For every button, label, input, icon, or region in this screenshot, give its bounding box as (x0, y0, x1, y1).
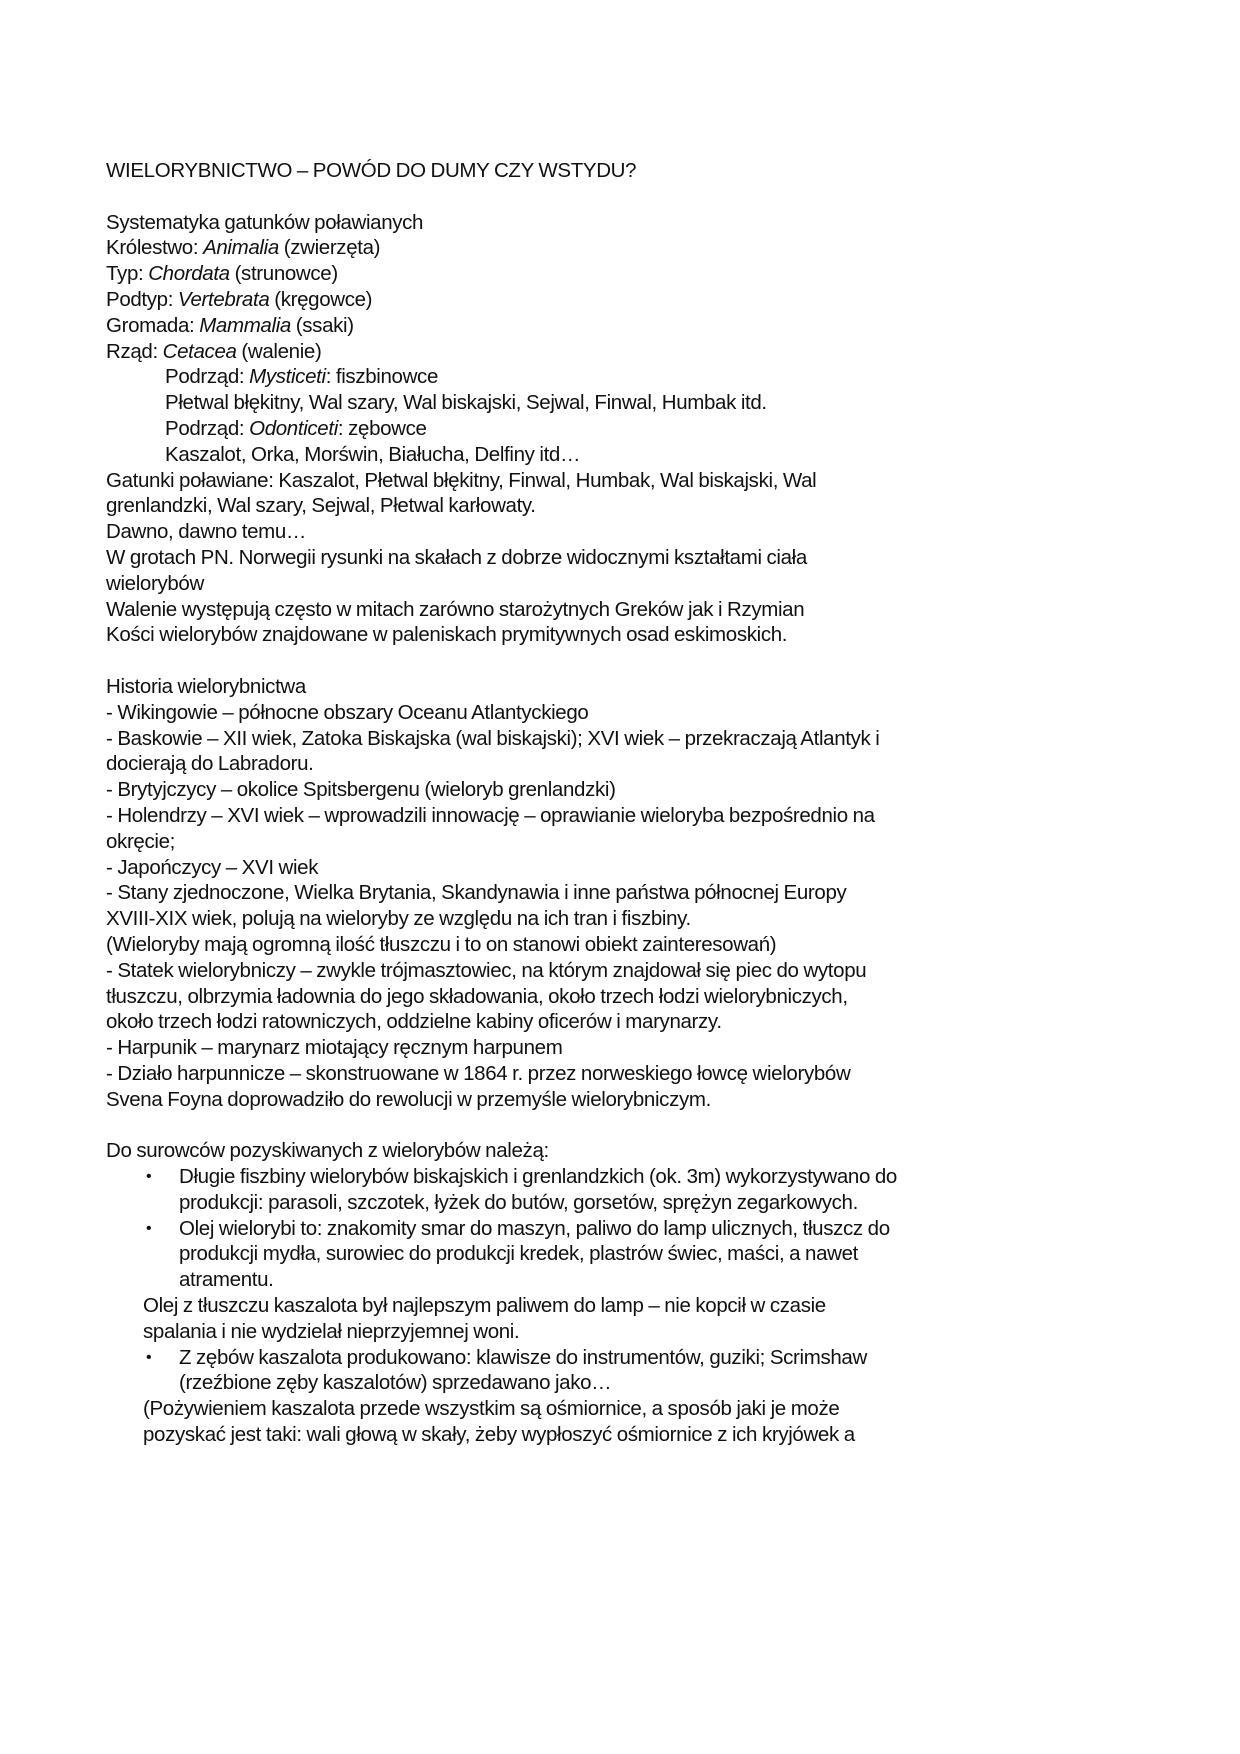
taxonomy-heading: Systematyka gatunków poławianych (106, 210, 1136, 236)
document-page: WIELORYBNICTWO – POWÓD DO DUMY CZY WSTYD… (106, 158, 1136, 1448)
text-line: XVIII-XIX wiek, polują na wieloryby ze w… (106, 906, 1136, 932)
text-line: Gatunki poławiane: Kaszalot, Płetwal błę… (106, 468, 1136, 494)
taxonomy-suborder-odonticeti: Podrząd: Odonticeti: zębowce (106, 416, 1136, 442)
text-line: Dawno, dawno temu… (106, 519, 1136, 545)
latin-name: Animalia (203, 236, 279, 259)
text-line: - Baskowie – XII wiek, Zatoka Biskajska … (106, 726, 1136, 752)
latin-name: Odonticeti (249, 417, 338, 440)
spacer (106, 184, 1136, 210)
history-section: Historia wielorybnictwa - Wikingowie – p… (106, 674, 1136, 1113)
text-line: produkcji: parasoli, szczotek, łyżek do … (179, 1190, 1136, 1216)
text-line: pozyskać jest taki: wali głową w skały, … (143, 1422, 1136, 1448)
common-name: (kręgowce) (269, 288, 372, 311)
text-line: atramentu. (179, 1267, 1136, 1293)
text-line: (Wieloryby mają ogromną ilość tłuszczu i… (106, 932, 1136, 958)
text-line: - Harpunik – marynarz miotający ręcznym … (106, 1035, 1136, 1061)
text-line: W grotach PN. Norwegii rysunki na skałac… (106, 545, 1136, 571)
latin-name: Chordata (148, 262, 230, 285)
latin-name: Mysticeti (249, 365, 326, 388)
text-line: Svena Foyna doprowadziło do rewolucji w … (106, 1087, 1136, 1113)
text-line: (Pożywieniem kaszalota przede wszystkim … (143, 1396, 1136, 1422)
taxonomy-suborder-mysticeti-examples: Płetwal błękitny, Wal szary, Wal biskajs… (106, 390, 1136, 416)
text-line: - Stany zjednoczone, Wielka Brytania, Sk… (106, 880, 1136, 906)
latin-name: Cetacea (163, 340, 237, 363)
resources-heading: Do surowców pozyskiwanych z wielorybów n… (106, 1138, 1136, 1164)
text-line: - Działo harpunnicze – skonstruowane w 1… (106, 1061, 1136, 1087)
taxonomy-kingdom: Królestwo: Animalia (zwierzęta) (106, 235, 1136, 261)
note-paragraph: (Pożywieniem kaszalota przede wszystkim … (106, 1396, 1136, 1448)
document-title: WIELORYBNICTWO – POWÓD DO DUMY CZY WSTYD… (106, 158, 1136, 184)
rank-label: Typ: (106, 262, 148, 285)
text-line: około trzech łodzi ratowniczych, oddziel… (106, 1009, 1136, 1035)
latin-name: Vertebrata (178, 288, 269, 311)
rank-label: Gromada: (106, 314, 199, 337)
list-item: • Z zębów kaszalota produkowano: klawisz… (106, 1345, 1136, 1397)
text-line: - Japończycy – XVI wiek (106, 855, 1136, 881)
common-name: (zwierzęta) (279, 236, 380, 259)
bullet-icon: • (146, 1164, 151, 1190)
bullet-icon: • (146, 1345, 151, 1371)
text-line: - Brytyjczycy – okolice Spitsbergenu (wi… (106, 777, 1136, 803)
taxonomy-phylum: Typ: Chordata (strunowce) (106, 261, 1136, 287)
text-line: spalania i nie wydzielał nieprzyjemnej w… (143, 1319, 1136, 1345)
spacer (106, 648, 1136, 674)
common-name: (walenie) (237, 340, 322, 363)
common-name: : zębowce (338, 417, 427, 440)
list-item: • Długie fiszbiny wielorybów biskajskich… (106, 1164, 1136, 1216)
text-line: produkcji mydła, surowiec do produkcji k… (179, 1241, 1136, 1267)
rank-label: Podrząd: (165, 417, 249, 440)
common-name: (strunowce) (230, 262, 338, 285)
taxonomy-subphylum: Podtyp: Vertebrata (kręgowce) (106, 287, 1136, 313)
list-item: • Olej wielorybi to: znakomity smar do m… (106, 1216, 1136, 1293)
text-line: - Statek wielorybniczy – zwykle trójmasz… (106, 958, 1136, 984)
text-line: Kości wielorybów znajdowane w paleniskac… (106, 622, 1136, 648)
bullet-icon: • (146, 1216, 151, 1242)
common-name: (ssaki) (291, 314, 354, 337)
rank-label: Królestwo: (106, 236, 203, 259)
text-line: (rzeźbione zęby kaszalotów) sprzedawano … (179, 1370, 1136, 1396)
note-paragraph: Olej z tłuszczu kaszalota był najlepszym… (106, 1293, 1136, 1345)
text-line: Z zębów kaszalota produkowano: klawisze … (179, 1345, 1136, 1371)
intro-section: Gatunki poławiane: Kaszalot, Płetwal błę… (106, 468, 1136, 649)
taxonomy-order: Rząd: Cetacea (walenie) (106, 339, 1136, 365)
text-line: - Holendrzy – XVI wiek – wprowadzili inn… (106, 803, 1136, 829)
text-line: Olej z tłuszczu kaszalota był najlepszym… (143, 1293, 1136, 1319)
text-line: - Wikingowie – północne obszary Oceanu A… (106, 700, 1136, 726)
taxonomy-section: Systematyka gatunków poławianych Królest… (106, 210, 1136, 468)
rank-label: Rząd: (106, 340, 163, 363)
resources-list-continued: • Z zębów kaszalota produkowano: klawisz… (106, 1345, 1136, 1397)
resources-list: • Długie fiszbiny wielorybów biskajskich… (106, 1164, 1136, 1293)
text-line: tłuszczu, olbrzymia ładownia do jego skł… (106, 984, 1136, 1010)
latin-name: Mammalia (199, 314, 291, 337)
text-line: grenlandzki, Wal szary, Sejwal, Płetwal … (106, 493, 1136, 519)
taxonomy-class: Gromada: Mammalia (ssaki) (106, 313, 1136, 339)
resources-section: Do surowców pozyskiwanych z wielorybów n… (106, 1138, 1136, 1448)
history-heading: Historia wielorybnictwa (106, 674, 1136, 700)
rank-label: Podtyp: (106, 288, 178, 311)
spacer (106, 1112, 1136, 1138)
common-name: : fiszbinowce (326, 365, 438, 388)
taxonomy-suborder-odonticeti-examples: Kaszalot, Orka, Morświn, Białucha, Delfi… (106, 442, 1136, 468)
text-line: okręcie; (106, 829, 1136, 855)
rank-label: Podrząd: (165, 365, 249, 388)
text-line: Olej wielorybi to: znakomity smar do mas… (179, 1216, 1136, 1242)
taxonomy-suborder-mysticeti: Podrząd: Mysticeti: fiszbinowce (106, 364, 1136, 390)
text-line: wielorybów (106, 571, 1136, 597)
text-line: Walenie występują często w mitach zarówn… (106, 597, 1136, 623)
text-line: docierają do Labradoru. (106, 751, 1136, 777)
text-line: Długie fiszbiny wielorybów biskajskich i… (179, 1164, 1136, 1190)
